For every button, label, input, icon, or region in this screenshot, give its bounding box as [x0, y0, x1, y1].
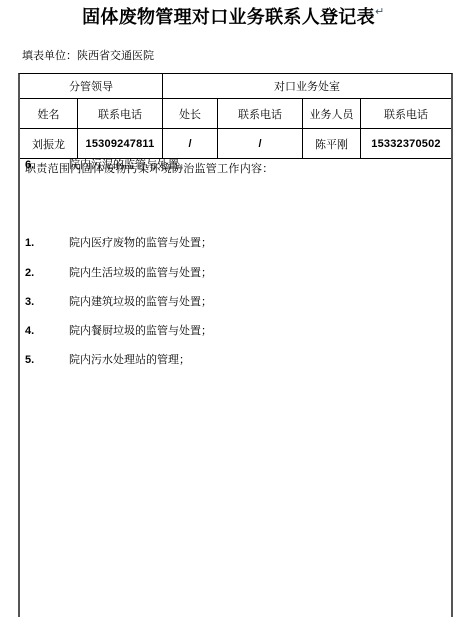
- duty-text: 院内医疗废物的监管与处置；: [69, 237, 212, 249]
- form-unit-value: 陕西省交通医院: [77, 50, 154, 62]
- duty-text: 院内污水处理站的管理；: [69, 354, 190, 366]
- form-unit-line: 填表单位：陕西省交通医院: [22, 50, 154, 63]
- page-title: 固体废物管理对口业务联系人登记表: [0, 3, 457, 29]
- value-director-phone: /: [218, 129, 303, 159]
- column-header-name: 姓名: [20, 99, 78, 129]
- column-header-director: 处长: [163, 99, 218, 129]
- duty-item: 2.院内生活垃圾的监管与处置；: [25, 267, 212, 280]
- value-staff-phone: 15332370502: [361, 129, 451, 159]
- duty-item: 5.院内污水处理站的管理；: [25, 354, 190, 367]
- duty-number: 3.: [25, 296, 69, 309]
- column-header-phone-2: 联系电话: [218, 99, 303, 129]
- value-leader-name: 刘振龙: [20, 129, 78, 159]
- column-header-staff: 业务人员: [303, 99, 361, 129]
- duty-item: 3.院内建筑垃圾的监管与处置；: [25, 296, 212, 309]
- value-leader-phone: 15309247811: [78, 129, 163, 159]
- column-header-phone-3: 联系电话: [361, 99, 451, 129]
- duty-number: 4.: [25, 325, 69, 338]
- duty-text: 院内污泥的监管与处置。: [69, 159, 190, 171]
- duty-item: 1.院内医疗废物的监管与处置；: [25, 237, 212, 250]
- duty-number: 1.: [25, 237, 69, 250]
- duty-number: 6.: [25, 159, 69, 172]
- contact-table: 分管领导 对口业务处室 姓名 联系电话 处长 联系电话 业务人员 联系电话 刘振…: [18, 73, 453, 617]
- duty-number: 5.: [25, 354, 69, 367]
- duty-text: 院内生活垃圾的监管与处置；: [69, 267, 212, 279]
- duty-item: 4.院内餐厨垃圾的监管与处置；: [25, 325, 212, 338]
- column-header-phone-1: 联系电话: [78, 99, 163, 129]
- form-unit-label: 填表单位：: [22, 50, 77, 62]
- duties-cell: 职责范围内固体废物污染环境防治监管工作内容： 1.院内医疗废物的监管与处置； 2…: [20, 159, 451, 617]
- duty-text: 院内餐厨垃圾的监管与处置；: [69, 325, 212, 337]
- duty-item: 6.院内污泥的监管与处置。: [25, 159, 190, 172]
- group-header-leader: 分管领导: [20, 74, 163, 99]
- group-header-office: 对口业务处室: [163, 74, 451, 99]
- document-page: 固体废物管理对口业务联系人登记表 ↵ 填表单位：陕西省交通医院 分管领导 对口业…: [0, 0, 457, 617]
- duty-number: 2.: [25, 267, 69, 280]
- duty-text: 院内建筑垃圾的监管与处置；: [69, 296, 212, 308]
- value-staff-name: 陈平刚: [303, 129, 361, 159]
- paragraph-mark-icon: ↵: [375, 7, 384, 18]
- value-director-name: /: [163, 129, 218, 159]
